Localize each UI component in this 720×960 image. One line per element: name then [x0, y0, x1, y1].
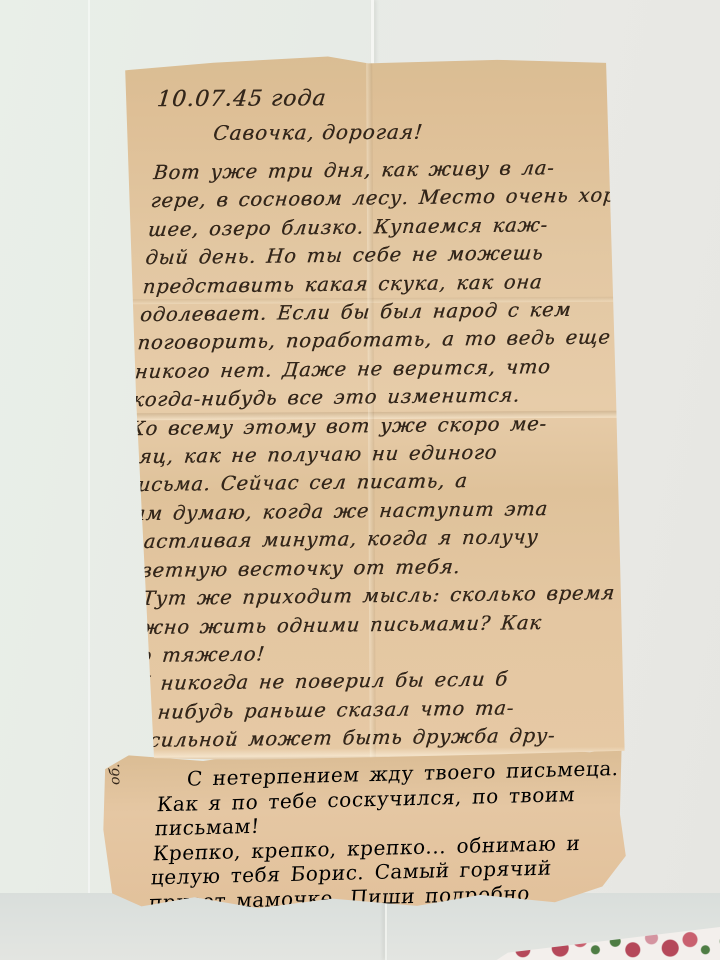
- letter-body-text: Вот уже три дня, как живу в ла-гере, в с…: [99, 153, 656, 756]
- background-sheet-edge-bottom: [385, 897, 387, 960]
- letter-line: Тут же приходит мысль: сколько время: [141, 579, 617, 613]
- background-sheet-edge-top: [371, 0, 374, 64]
- margin-note-scribble: об.: [107, 763, 123, 785]
- photo-of-letter: об. С нетерпением жду твоего письмеца.Ка…: [0, 0, 720, 960]
- letter-sheet: 10.07.45 года Савочка, дорогая! Вот уже …: [110, 51, 630, 764]
- letter-bottom-strip: об. С нетерпением жду твоего письмеца.Ка…: [97, 738, 629, 913]
- background-sheet-edge-left: [88, 0, 90, 960]
- letter-strip-text: С нетерпением жду твоего письмеца.Как я …: [148, 756, 620, 915]
- letter-date: 10.07.45 года: [156, 86, 328, 112]
- letter-salutation: Савочка, дорогая!: [212, 120, 424, 145]
